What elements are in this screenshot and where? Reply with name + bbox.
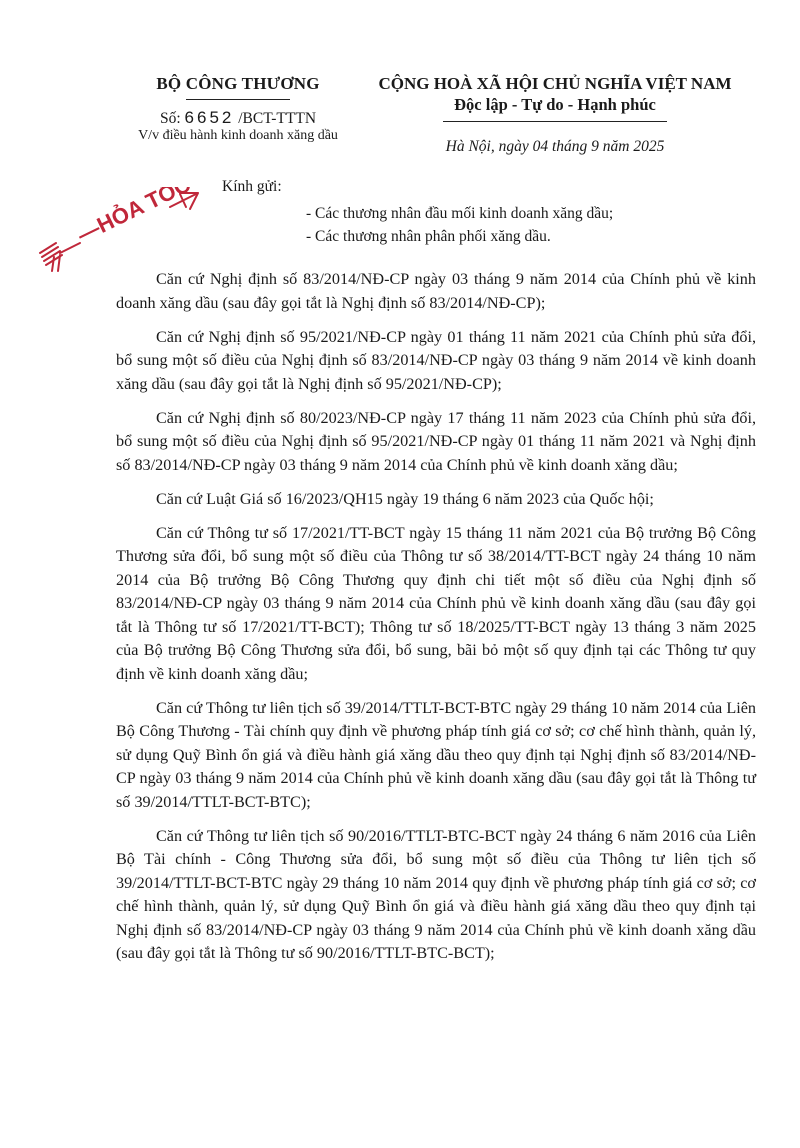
- document-number-label: Số:: [160, 110, 181, 127]
- addressee-label: Kính gửi:: [222, 178, 282, 196]
- document-number: Số: 6652 /BCT-TTTN: [118, 108, 358, 128]
- issuing-agency-block: BỘ CÔNG THƯƠNG Số: 6652 /BCT-TTTN V/v đi…: [118, 74, 358, 144]
- document-page: BỘ CÔNG THƯƠNG Số: 6652 /BCT-TTTN V/v đi…: [0, 0, 800, 1148]
- legal-basis-paragraph: Căn cứ Nghị định số 80/2023/NĐ-CP ngày 1…: [116, 407, 756, 478]
- recipient-item: - Các thương nhân đầu mối kinh doanh xăn…: [306, 202, 613, 225]
- place-and-date: Hà Nội, ngày 04 tháng 9 năm 2025: [360, 138, 750, 156]
- svg-text:—HỎA TỐC—: —HỎA TỐC—: [73, 187, 205, 247]
- document-number-suffix: /BCT-TTTN: [238, 110, 316, 127]
- legal-basis-paragraph: Căn cứ Nghị định số 95/2021/NĐ-CP ngày 0…: [116, 326, 756, 397]
- legal-basis-paragraph: Căn cứ Thông tư liên tịch số 90/2016/TTL…: [116, 825, 756, 966]
- recipient-item: - Các thương nhân phân phối xăng dầu.: [306, 225, 613, 248]
- legal-basis-paragraph: Căn cứ Thông tư liên tịch số 39/2014/TTL…: [116, 697, 756, 815]
- legal-basis-paragraph: Căn cứ Thông tư số 17/2021/TT-BCT ngày 1…: [116, 522, 756, 687]
- recipient-list: - Các thương nhân đầu mối kinh doanh xăn…: [306, 202, 613, 248]
- national-motto: Độc lập - Tự do - Hạnh phúc: [360, 95, 750, 115]
- document-number-value: 6652: [185, 108, 235, 127]
- document-body: Căn cứ Nghị định số 83/2014/NĐ-CP ngày 0…: [116, 268, 756, 976]
- urgent-stamp-icon: —HỎA TỐC—: [30, 187, 205, 277]
- agency-underline: [186, 99, 290, 100]
- legal-basis-paragraph: Căn cứ Luật Giá số 16/2023/QH15 ngày 19 …: [116, 488, 756, 512]
- national-header-block: CỘNG HOÀ XÃ HỘI CHỦ NGHĨA VIỆT NAM Độc l…: [360, 74, 750, 156]
- national-title: CỘNG HOÀ XÃ HỘI CHỦ NGHĨA VIỆT NAM: [360, 74, 750, 94]
- agency-name: BỘ CÔNG THƯƠNG: [118, 74, 358, 94]
- legal-basis-paragraph: Căn cứ Nghị định số 83/2014/NĐ-CP ngày 0…: [116, 268, 756, 315]
- motto-underline: [443, 121, 667, 122]
- document-subject: V/v điều hành kinh doanh xăng dầu: [118, 128, 358, 144]
